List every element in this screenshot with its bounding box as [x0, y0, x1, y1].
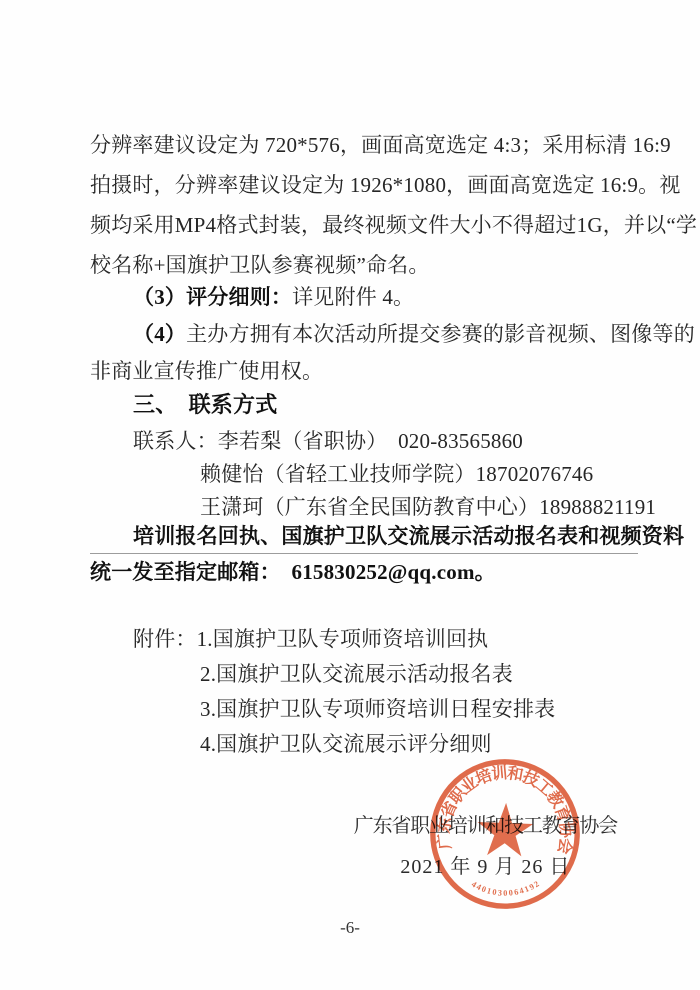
item-3-text: 详见附件 4。	[292, 285, 414, 309]
attachment-item: 3.国旗护卫队专项师资培训日程安排表	[200, 697, 555, 721]
signature-date: 2021 年 9 月 26 日	[354, 855, 617, 879]
item-3-line: （3）评分细则：详见附件 4。	[133, 285, 414, 309]
mailing-line: 统一发至指定邮箱： 615830252@qq.com。	[90, 560, 496, 584]
attachments-first-row: 附件：1.国旗护卫队专项师资培训回执	[133, 627, 488, 651]
contact-line: 王潇珂（广东省全民国防教育中心）18988821191	[200, 495, 656, 519]
seal-number-text: 4401030064192	[470, 876, 543, 899]
item-3-label: （3）评分细则：	[133, 285, 292, 309]
document-page: 分辨率建议设定为 720*576，画面高宽选定 4:3；采用标清 16:9 拍摄…	[0, 0, 700, 990]
item-4-text: 主办方拥有本次活动所提交参赛的影音视频、图像等的	[186, 322, 695, 346]
item-4-label: （4）	[133, 322, 186, 346]
contact-line: 赖健怡（省轻工业技师学院）18702076746	[200, 462, 593, 486]
attachment-item: 1.国旗护卫队专项师资培训回执	[197, 627, 489, 651]
attachments-label: 附件：	[133, 627, 197, 651]
attachment-item: 2.国旗护卫队交流展示活动报名表	[200, 662, 513, 686]
page-number: -6-	[0, 918, 700, 938]
mailing-line-underlined: 培训报名回执、国旗护卫队交流展示活动报名表和视频资料	[90, 524, 638, 554]
body-line: 拍摄时，分辨率建议设定为 1926*1080，画面高宽选定 16:9。视	[90, 173, 681, 197]
organization-name: 广东省职业培训和技工教育协会	[354, 814, 617, 838]
body-line: 校名称+国旗护卫队参赛视频”命名。	[90, 253, 430, 277]
item-4-line: （4）主办方拥有本次活动所提交参赛的影音视频、图像等的	[133, 322, 695, 346]
attachment-item: 4.国旗护卫队交流展示评分细则	[200, 732, 492, 756]
section-heading: 三、 联系方式	[133, 393, 277, 417]
contact-line: 联系人：李若梨（省职协） 020-83565860	[133, 429, 523, 453]
item-4-continuation: 非商业宣传推广使用权。	[90, 359, 323, 383]
signature-block: 广东省职业培训和技工教育协会 2021 年 9 月 26 日	[354, 814, 617, 879]
body-line: 频均采用MP4格式封装，最终视频文件大小不得超过1G，并以“学	[90, 213, 697, 237]
body-line: 分辨率建议设定为 720*576，画面高宽选定 4:3；采用标清 16:9	[90, 133, 671, 157]
